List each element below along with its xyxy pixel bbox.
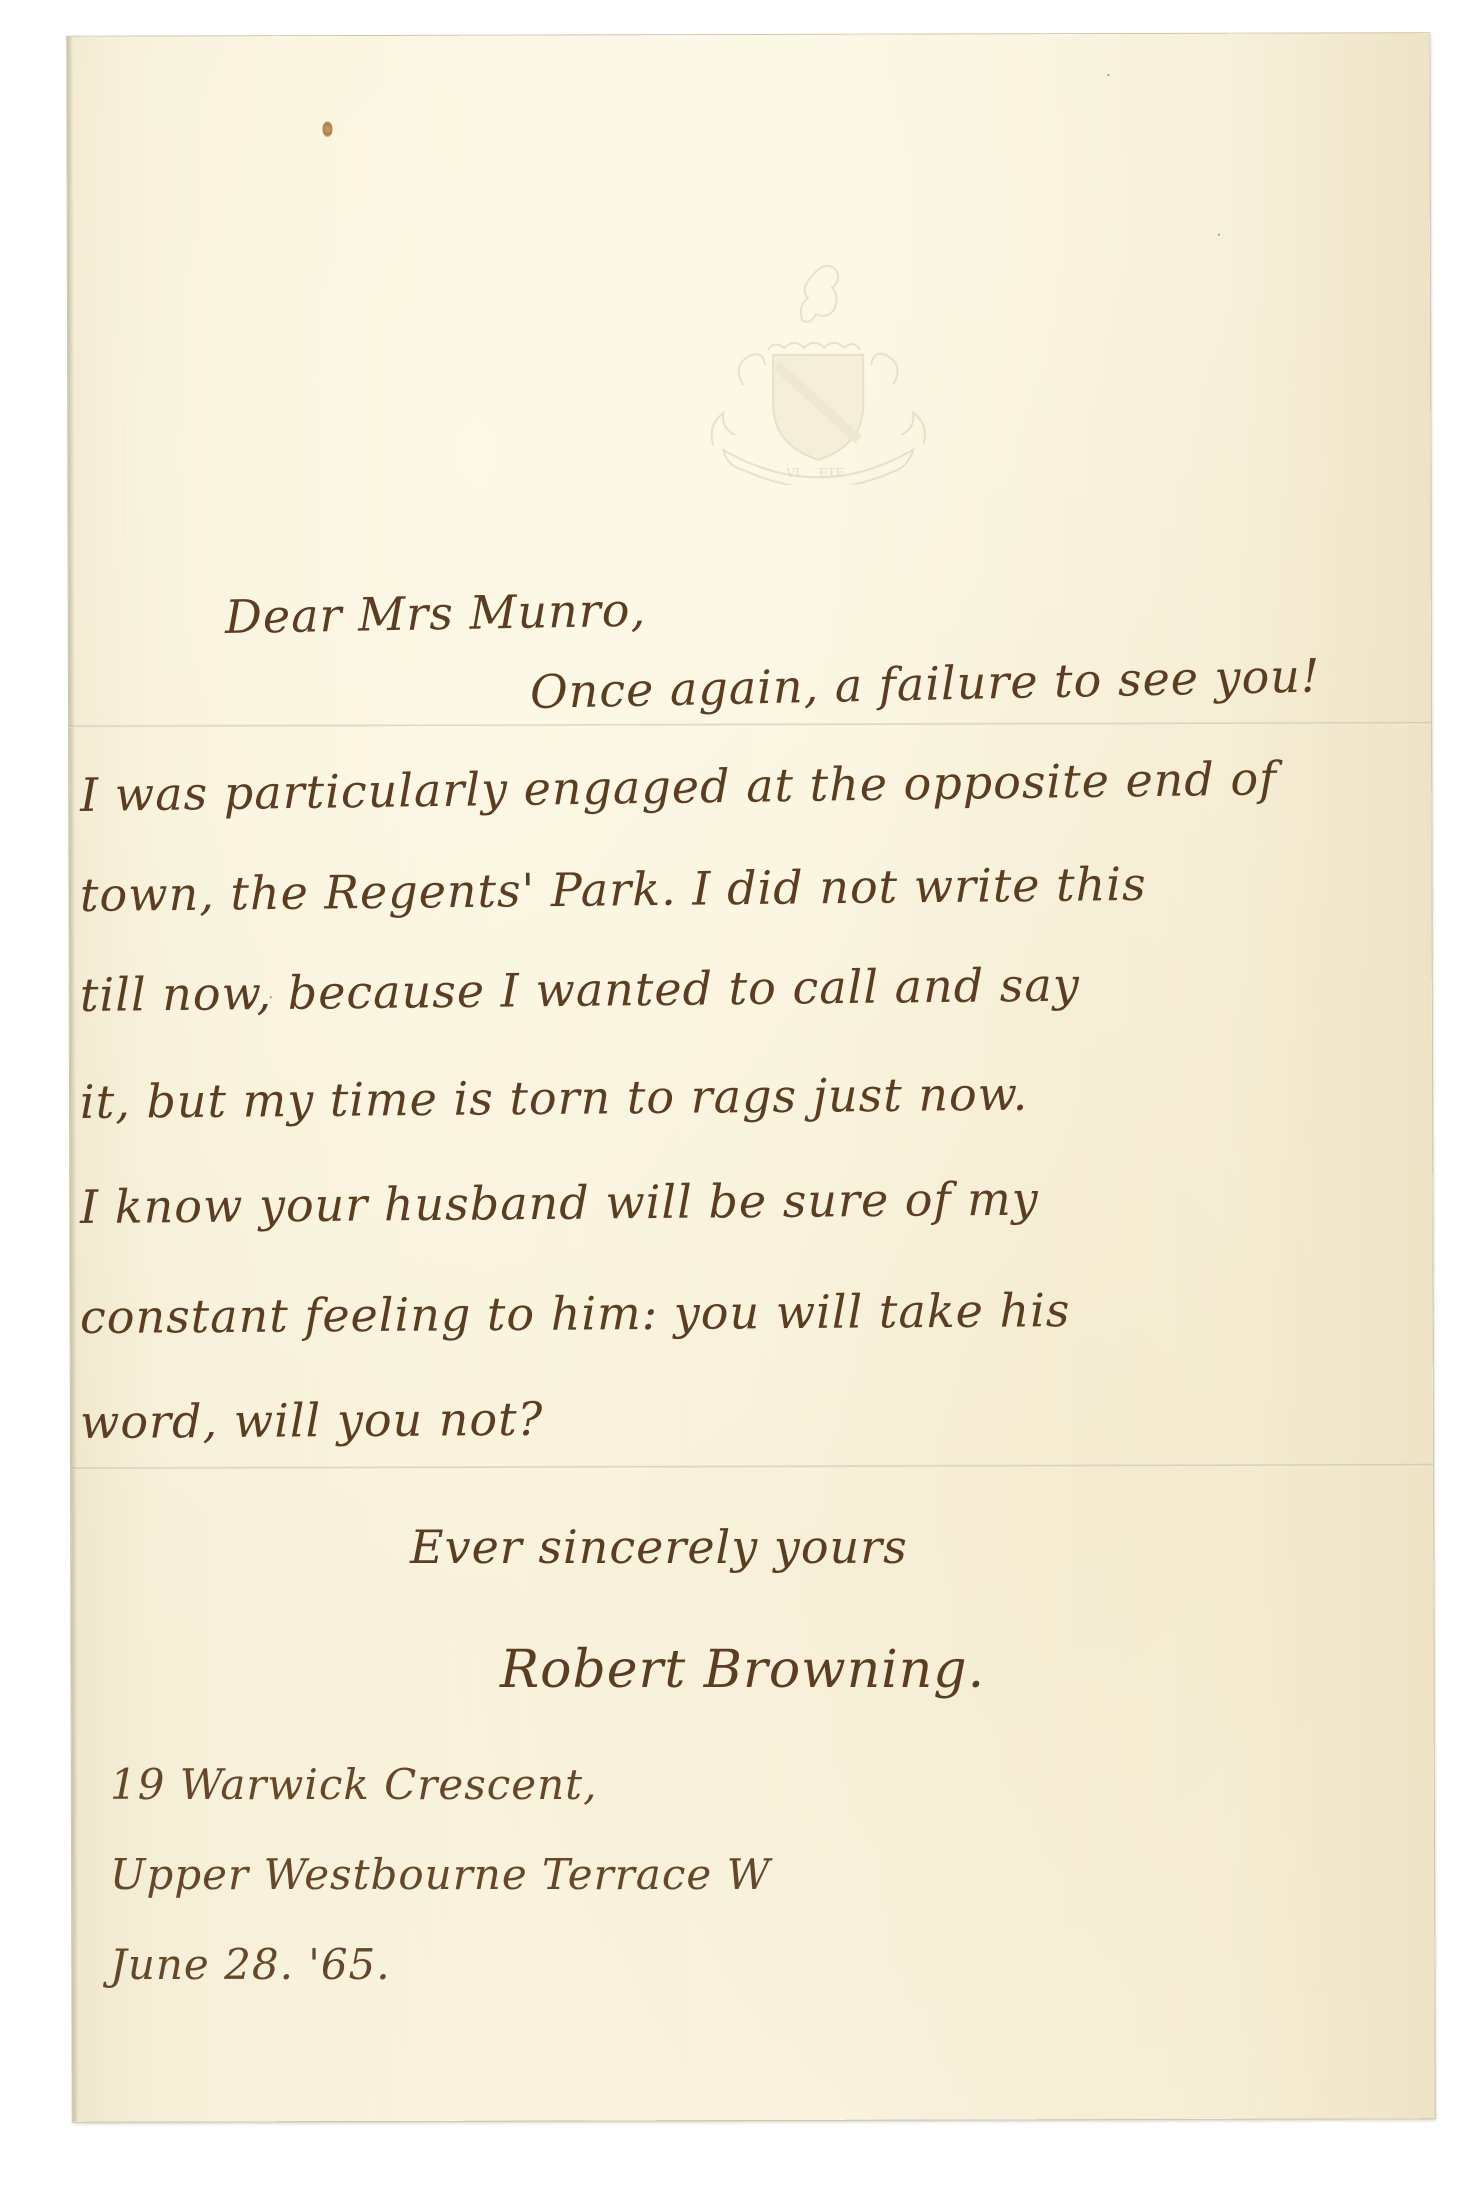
svg-text:VI ... ETE: VI ... ETE [785, 466, 844, 480]
body-line: I know your husband will be sure of my [80, 1172, 1039, 1234]
body-line: constant feeling to him: you will take h… [80, 1283, 1071, 1344]
body-line: word, will you not? [80, 1392, 544, 1449]
paper-edge-shadow [67, 37, 78, 2122]
embossed-coat-of-arms-icon: VI ... ETE [668, 254, 969, 485]
ink-stain [322, 121, 332, 137]
signature: Robert Browning. [500, 1640, 985, 1700]
address-line: Upper Westbourne Terrace W [110, 1850, 771, 1899]
fold-crease-lower [71, 1463, 1433, 1470]
closing: Ever sincerely yours [410, 1520, 908, 1574]
body-line: town, the Regents' Park. I did not write… [80, 857, 1147, 922]
letter-date: June 28. '65. [110, 1940, 391, 1989]
salutation: Dear Mrs Munro, [225, 583, 647, 644]
body-line: till now, because I wanted to call and s… [80, 958, 1080, 1022]
body-line: it, but my time is torn to rags just now… [80, 1067, 1029, 1129]
paper-speck [1218, 234, 1220, 236]
fold-crease-upper [69, 721, 1431, 728]
address-line: 19 Warwick Crescent, [110, 1760, 597, 1809]
paper-speck [1107, 74, 1109, 76]
